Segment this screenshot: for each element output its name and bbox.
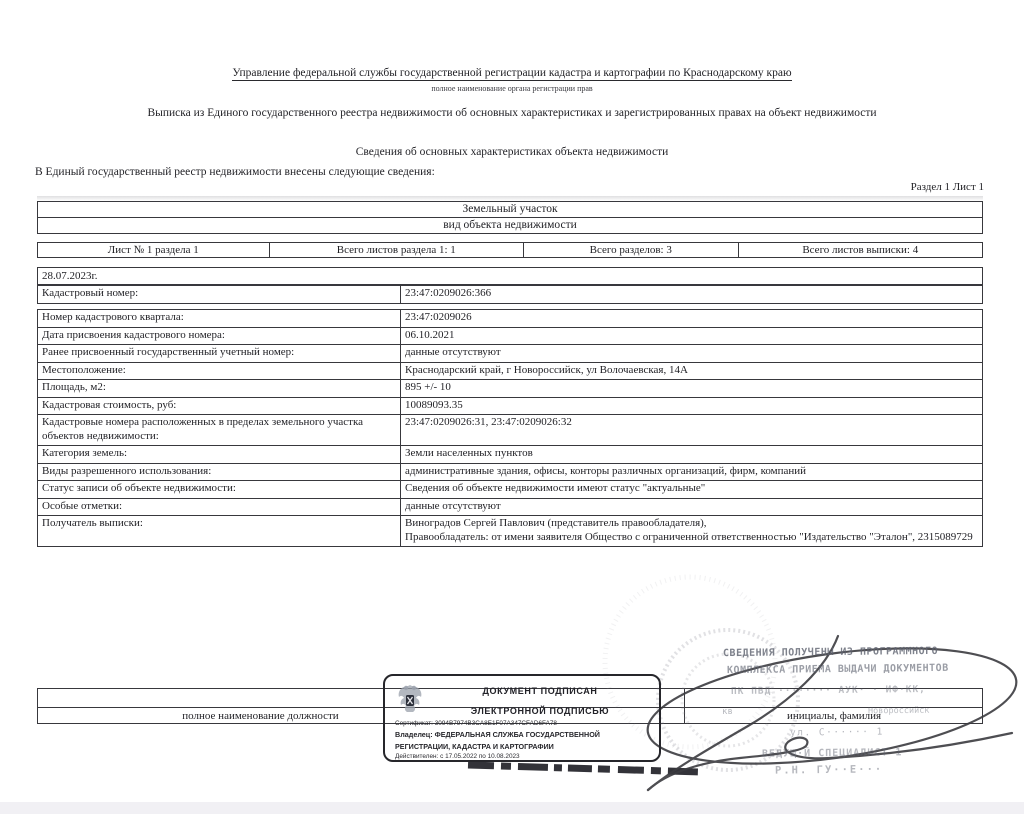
row-label: Категория земель:	[38, 446, 401, 463]
sheet-info-cell: Лист № 1 раздела 1	[38, 243, 270, 257]
object-type-value: Земельный участок	[38, 202, 982, 218]
object-type-caption: вид объекта недвижимости	[38, 218, 982, 233]
row-label: Статус записи об объекте недвижимости:	[38, 481, 401, 498]
extract-date-row: 28.07.2023г.	[37, 267, 983, 285]
row-value: Сведения об объекте недвижимости имеют с…	[401, 481, 982, 498]
section-sheet-label: Раздел 1 Лист 1	[824, 181, 984, 193]
row-label: Кадастровый номер:	[38, 286, 401, 303]
row-value: 06.10.2021	[401, 328, 982, 345]
object-type-box: Земельный участок вид объекта недвижимос…	[37, 201, 983, 234]
coat-of-arms-icon	[397, 683, 423, 715]
table-row: Статус записи об объекте недвижимости: С…	[38, 481, 982, 499]
electronic-signature-stamp: ДОКУМЕНТ ПОДПИСАН ЭЛЕКТРОННОЙ ПОДПИСЬЮ С…	[383, 674, 661, 762]
row-label: Ранее присвоенный государственный учетны…	[38, 345, 401, 362]
redacted-text-fragment	[468, 765, 700, 772]
table-row: Ранее присвоенный государственный учетны…	[38, 345, 982, 363]
intro-line: В Единый государственный реестр недвижим…	[35, 166, 435, 178]
row-label: Получатель выписки:	[38, 516, 401, 546]
registration-authority-name: Управление федеральной службы государств…	[0, 67, 1024, 79]
row-value: 23:47:0209026:366	[401, 286, 982, 303]
table-row: Площадь, м2: 895 +/- 10	[38, 380, 982, 398]
table-row: Номер кадастрового квартала: 23:47:02090…	[38, 310, 982, 328]
row-value: 23:47:0209026:31, 23:47:0209026:32	[401, 415, 982, 445]
sheet-info-cell: Всего листов раздела 1: 1	[270, 243, 524, 257]
row-value: Земли населенных пунктов	[401, 446, 982, 463]
sheet-info-cell: Всего разделов: 3	[524, 243, 739, 257]
property-attributes-table: Номер кадастрового квартала: 23:47:02090…	[37, 309, 983, 547]
table-row: Дата присвоения кадастрового номера: 06.…	[38, 328, 982, 346]
scan-bottom-strip	[0, 802, 1024, 814]
row-value: данные отсутствуют	[401, 345, 982, 362]
office-stamp-fragment-illegible: кв	[722, 707, 733, 717]
office-stamp-position-line: ВЕДУЩ·Й СПЕЦИАЛИСТ 1	[762, 747, 903, 759]
esign-validity: Действителен: с 17.05.2022 по 10.08.2023	[395, 753, 520, 760]
esign-owner-line2: РЕГИСТРАЦИИ, КАДАСТРА И КАРТОГРАФИИ	[395, 742, 554, 751]
row-value: 23:47:0209026	[401, 310, 982, 327]
office-stamp-line-illegible: ул. С······ 1	[790, 727, 884, 739]
cadastral-number-row: Кадастровый номер: 23:47:0209026:366	[37, 285, 983, 304]
table-row: Категория земель: Земли населенных пункт…	[38, 446, 982, 464]
esign-title-line2: ЭЛЕКТРОННОЙ ПОДПИСЬЮ	[427, 706, 653, 716]
document-title: Выписка из Единого государственного реес…	[0, 107, 1024, 119]
row-value: 10089093.35	[401, 398, 982, 415]
authority-caption: полное наименование органа регистрации п…	[0, 84, 1024, 93]
table-row: Местоположение: Краснодарский край, г Но…	[38, 363, 982, 381]
row-label: Кадастровые номера расположенных в преде…	[38, 415, 401, 445]
sheet-info-cell: Всего листов выписки: 4	[739, 243, 982, 257]
row-label: Дата присвоения кадастрового номера:	[38, 328, 401, 345]
sheet-info-row: Лист № 1 раздела 1 Всего листов раздела …	[37, 242, 983, 258]
office-stamp-city-fragment: Новороссийск	[868, 706, 930, 717]
table-row: Получатель выписки: Виноградов Сергей Па…	[38, 516, 982, 546]
table-row: Кадастровые номера расположенных в преде…	[38, 415, 982, 446]
office-stamp-line: СВЕДЕНИЯ ПОЛУЧЕНЫ ИЗ ПРОГРАММНОГО	[723, 646, 938, 659]
office-stamp-line-illegible: ПК ПВД ········ АУК· · ИФ·КК,	[731, 684, 926, 697]
table-row: Особые отметки: данные отсутствуют	[38, 499, 982, 517]
row-label: Местоположение:	[38, 363, 401, 380]
row-value: Краснодарский край, г Новороссийск, ул В…	[401, 363, 982, 380]
row-label: Виды разрешенного использования:	[38, 464, 401, 481]
esign-owner-line1: Владелец: ФЕДЕРАЛЬНАЯ СЛУЖБА ГОСУДАРСТВЕ…	[395, 730, 600, 739]
row-label: Особые отметки:	[38, 499, 401, 516]
row-label: Номер кадастрового квартала:	[38, 310, 401, 327]
row-label: Кадастровая стоимость, руб:	[38, 398, 401, 415]
egrn-extract-scan: Управление федеральной службы государств…	[0, 0, 1024, 814]
esign-certificate: Сертификат: 3094B7974B3CA8E1F07A347CFAD6…	[395, 720, 557, 727]
table-row: Виды разрешенного использования: админис…	[38, 464, 982, 482]
office-stamp-line: КОМПЛЕКСА ПРИЕМА ВЫДАЧИ ДОКУМЕНТОВ	[727, 663, 949, 676]
row-value: данные отсутствуют	[401, 499, 982, 516]
row-value: 895 +/- 10	[401, 380, 982, 397]
row-value: административные здания, офисы, конторы …	[401, 464, 982, 481]
row-value: Виноградов Сергей Павлович (представител…	[401, 516, 982, 546]
table-row: Кадастровая стоимость, руб: 10089093.35	[38, 398, 982, 416]
office-stamp-name-line-illegible: Р.Н. ГУ··Е···	[775, 763, 883, 776]
section-heading: Сведения об основных характеристиках объ…	[0, 146, 1024, 158]
row-label: Площадь, м2:	[38, 380, 401, 397]
esign-title-line1: ДОКУМЕНТ ПОДПИСАН	[427, 686, 653, 696]
